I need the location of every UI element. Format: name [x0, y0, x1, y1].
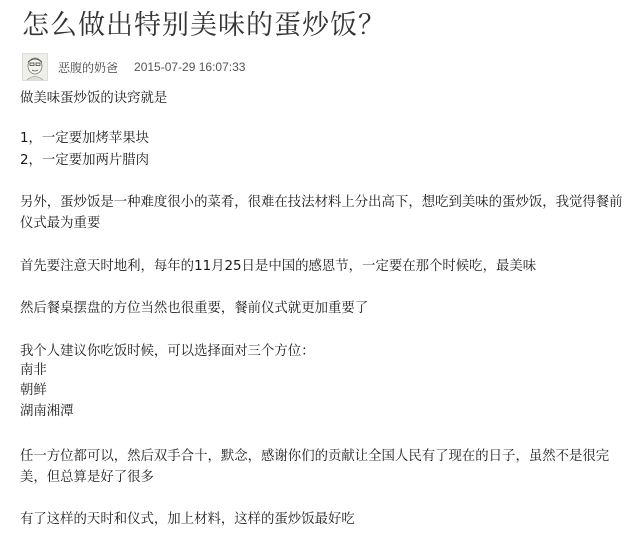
body-line: 美，但总算是好了很多	[20, 468, 154, 488]
body-line: 南非	[20, 361, 47, 381]
author-name[interactable]: 恶腹的奶爸	[58, 59, 118, 76]
avatar-face-icon	[23, 54, 47, 80]
body-line: 2，一定要加两片腊肉	[20, 151, 149, 171]
body-line: 湖南湘潭	[20, 402, 74, 422]
avatar[interactable]	[22, 53, 48, 81]
post-timestamp: 2015-07-29 16:07:33	[134, 60, 245, 74]
article-title: 怎么做出特别美味的蛋炒饭？	[22, 8, 386, 44]
article-meta: 恶腹的奶爸 2015-07-29 16:07:33	[22, 53, 245, 81]
body-line: 然后餐桌摆盘的方位当然也很重要，餐前仪式就更加重要了	[20, 299, 368, 319]
body-line: 我个人建议你吃饭时候，可以选择面对三个方位：	[20, 342, 315, 362]
body-line: 首先要注意天时地利，每年的11月25日是中国的感恩节，一定要在那个时候吃，最美味	[20, 257, 536, 277]
body-line: 1，一定要加烤苹果块	[20, 129, 149, 149]
body-line: 任一方位都可以，然后双手合十，默念，感谢你们的贡献让全国人民有了现在的日子，虽然…	[20, 447, 609, 467]
body-line: 做美味蛋炒饭的诀窍就是	[20, 89, 167, 109]
body-line: 朝鲜	[20, 381, 47, 401]
body-line: 仪式最为重要	[20, 214, 100, 234]
body-line: 另外，蛋炒饭是一种难度很小的菜肴，很难在技法材料上分出高下，想吃到美味的蛋炒饭，…	[20, 193, 623, 213]
body-line: 有了这样的天时和仪式，加上材料，这样的蛋炒饭最好吃	[20, 510, 355, 530]
